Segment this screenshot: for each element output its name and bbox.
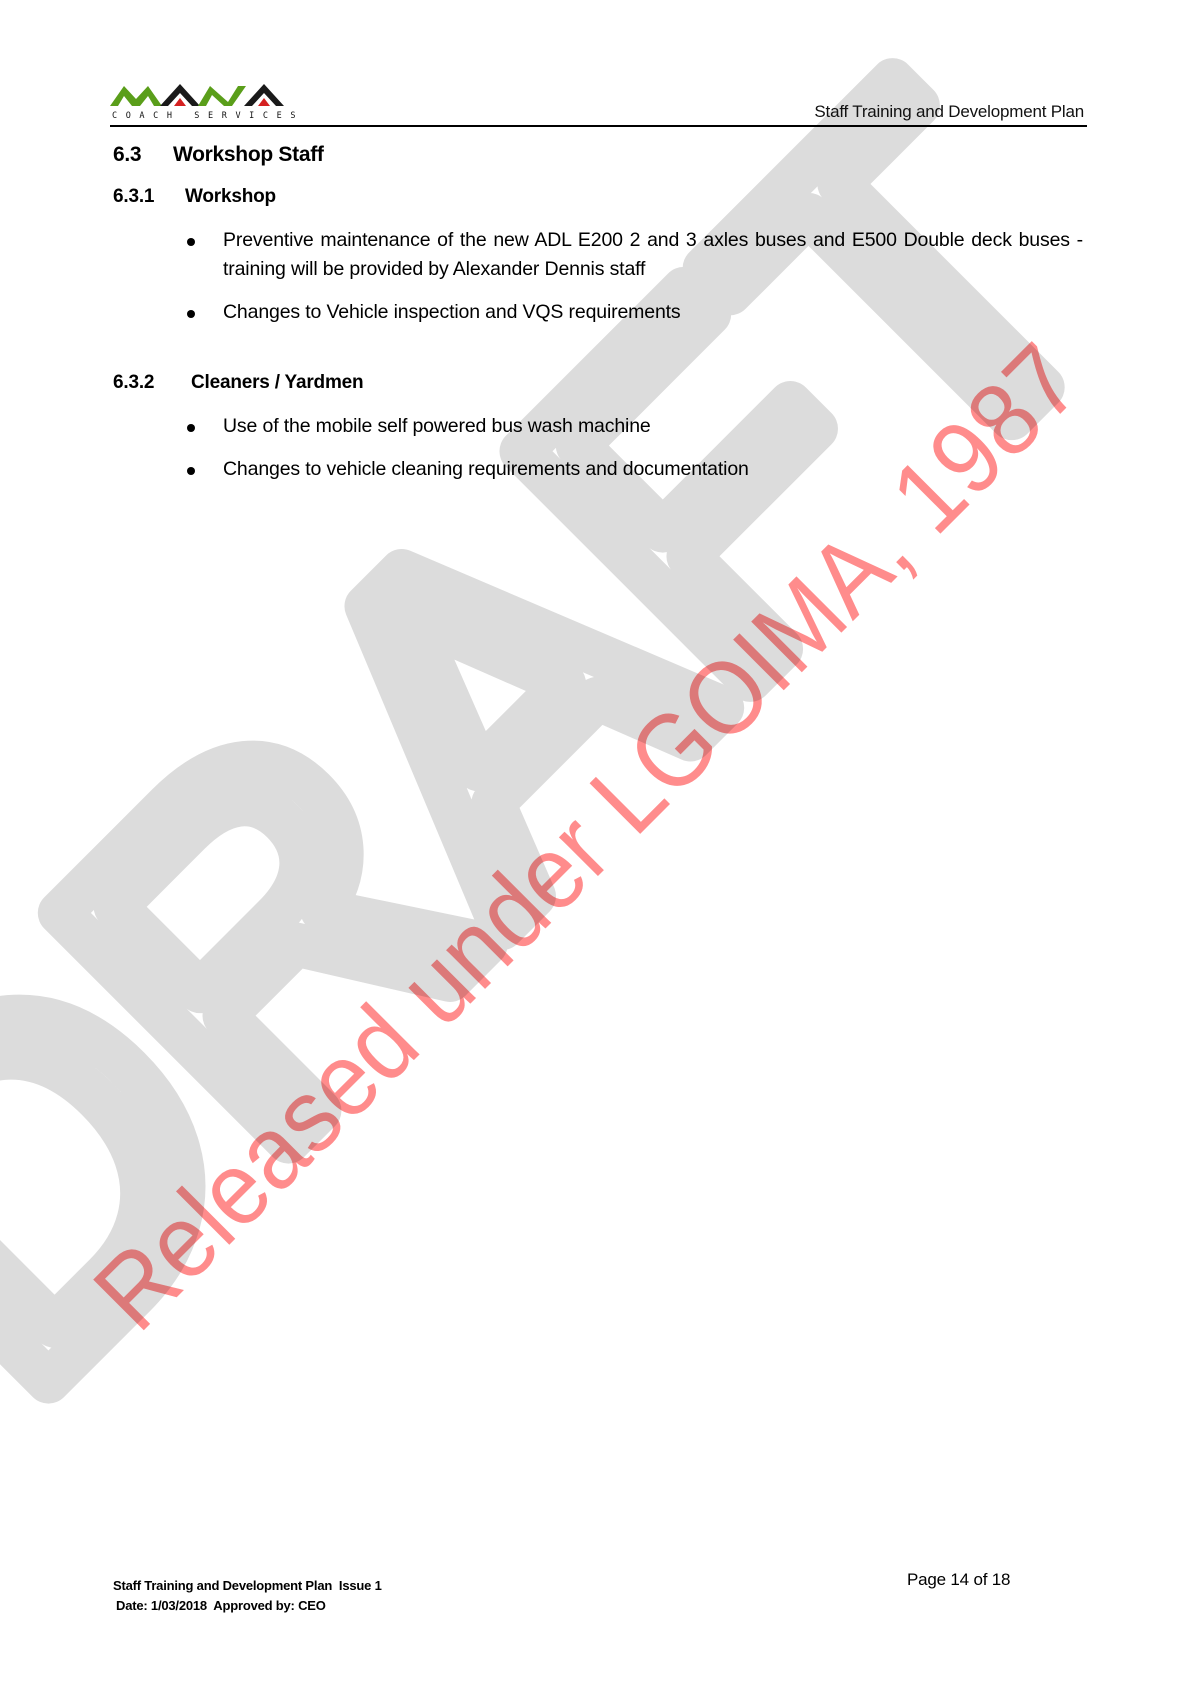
bullet-icon bbox=[187, 467, 195, 475]
subsection-number: 6.3.1 bbox=[113, 186, 185, 208]
subsection-heading-workshop: 6.3.1Workshop bbox=[113, 186, 276, 208]
draft-watermark-text: DRAFT bbox=[0, 1, 1190, 1480]
list-item: Preventive maintenance of the new ADL E2… bbox=[183, 226, 1083, 284]
list-item: Changes to Vehicle inspection and VQS re… bbox=[183, 298, 1083, 327]
page-number: Page 14 of 18 bbox=[907, 1570, 1010, 1590]
bullet-icon bbox=[187, 238, 195, 246]
subsection-title: Workshop bbox=[185, 186, 276, 207]
list-item: Use of the mobile self powered bus wash … bbox=[183, 412, 1083, 441]
header-divider bbox=[110, 125, 1087, 127]
page-footer: Staff Training and Development Plan Issu… bbox=[113, 1576, 382, 1616]
workshop-bullet-list: Preventive maintenance of the new ADL E2… bbox=[183, 226, 1083, 341]
mana-logo: COACH SERVICES bbox=[110, 82, 286, 118]
page-header: COACH SERVICES Staff Training and Develo… bbox=[110, 80, 1085, 127]
bullet-icon bbox=[187, 310, 195, 318]
subsection-number: 6.3.2 bbox=[113, 372, 191, 394]
section-heading: 6.3Workshop Staff bbox=[113, 143, 324, 167]
document-title: Staff Training and Development Plan bbox=[814, 102, 1084, 122]
mana-wordmark-icon bbox=[110, 82, 286, 108]
footer-approval-info: Date: 1/03/2018 Approved by: CEO bbox=[113, 1596, 382, 1616]
subsection-title: Cleaners / Yardmen bbox=[191, 372, 363, 393]
footer-document-info: Staff Training and Development Plan Issu… bbox=[113, 1576, 382, 1596]
cleaners-bullet-list: Use of the mobile self powered bus wash … bbox=[183, 412, 1083, 498]
bullet-icon bbox=[187, 424, 195, 432]
subsection-heading-cleaners: 6.3.2Cleaners / Yardmen bbox=[113, 372, 363, 394]
logo-subtitle: COACH SERVICES bbox=[112, 111, 304, 121]
section-number: 6.3 bbox=[113, 143, 173, 167]
section-title: Workshop Staff bbox=[173, 143, 324, 166]
list-item: Changes to vehicle cleaning requirements… bbox=[183, 455, 1083, 484]
